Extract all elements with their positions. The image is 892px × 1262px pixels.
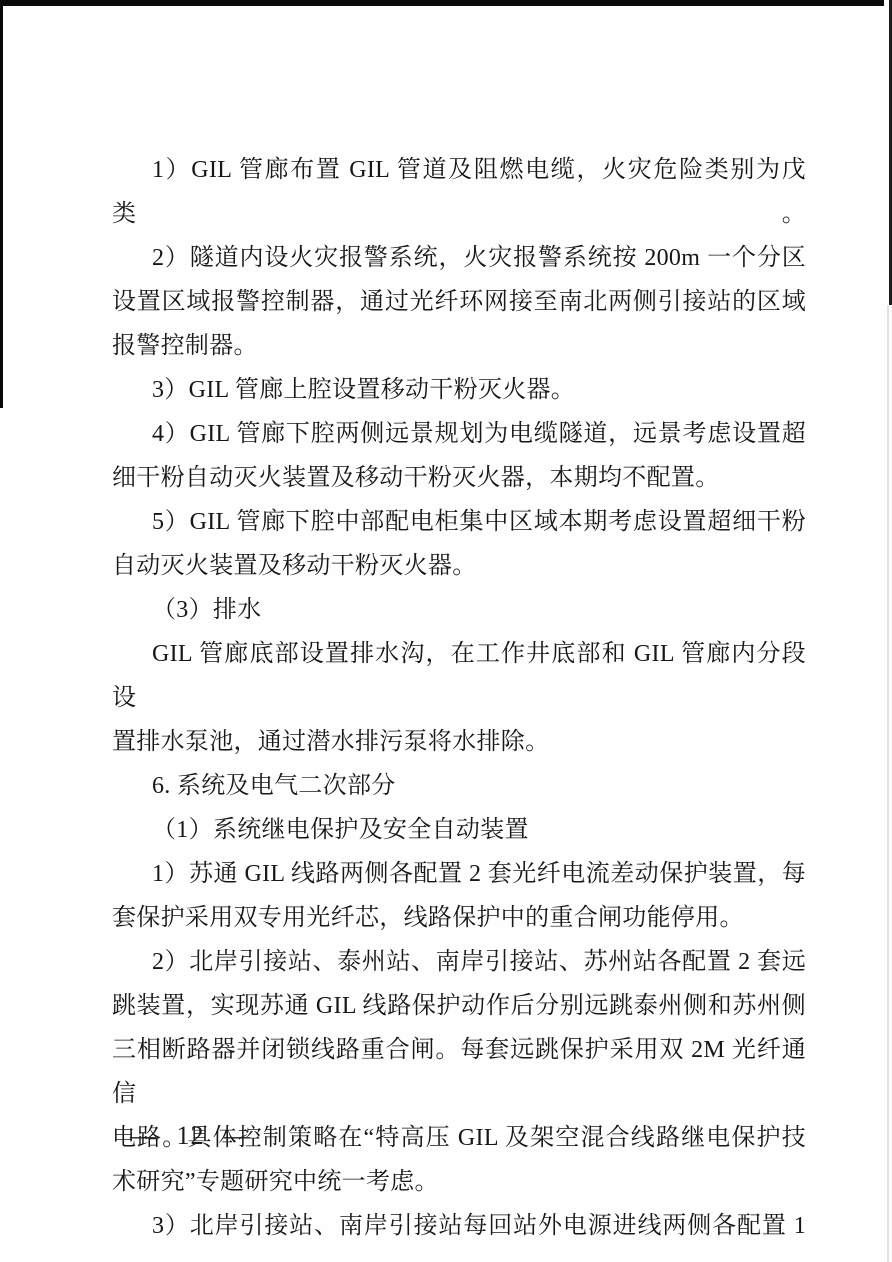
text-line: （1）系统继电保护及安全自动装置 [112,808,806,852]
text-line: （3）排水 [112,588,806,632]
text-line: GIL 管廊底部设置排水沟，在工作井底部和 GIL 管廊内分段设 [112,632,806,720]
text-line: 套保护采用双专用光纤芯，线路保护中的重合闸功能停用。 [112,896,806,940]
scan-right-edge-faint-line [887,305,889,1262]
text-line: 6. 系统及电气二次部分 [112,764,806,808]
text-line: 设置区域报警控制器，通过光纤环网接至南北两侧引接站的区域 [112,280,806,324]
text-line: 1）苏通 GIL 线路两侧各配置 2 套光纤电流差动保护装置，每 [112,852,806,896]
text-line: 1）GIL 管廊布置 GIL 管道及阻燃电缆，火灾危险类别为戊类。 [112,148,806,236]
text-line: 3）GIL 管廊上腔设置移动干粉灭火器。 [112,368,806,412]
text-line: 三相断路器并闭锁线路重合闸。每套远跳保护采用双 2M 光纤通信 [112,1028,806,1116]
scan-top-edge-line [0,0,884,6]
scanned-document-page: 1）GIL 管廊布置 GIL 管道及阻燃电缆，火灾危险类别为戊类。2）隧道内设火… [0,0,892,1262]
text-line: 跳装置，实现苏通 GIL 线路保护动作后分别远跳泰州侧和苏州侧 [112,984,806,1028]
text-line: 自动灭火装置及移动干粉灭火器。 [112,544,806,588]
text-line: 置排水泵池，通过潜水排污泵将水排除。 [112,720,806,764]
text-line: 2）北岸引接站、泰州站、南岸引接站、苏州站各配置 2 套远 [112,940,806,984]
page-number: — 12 — [130,1121,251,1150]
page-footer: — 12 — [130,1120,251,1152]
text-line: 5）GIL 管廊下腔中部配电柜集中区域本期考虑设置超细干粉 [112,500,806,544]
text-line: 4）GIL 管廊下腔两侧远景规划为电缆隧道，远景考虑设置超 [112,412,806,456]
text-line: 3）北岸引接站、南岸引接站每回站外电源进线两侧各配置 1 [112,1204,806,1248]
text-line: 术研究”专题研究中统一考虑。 [112,1160,806,1204]
text-line: 报警控制器。 [112,324,806,368]
scan-left-edge-line [0,0,3,408]
text-line: 细干粉自动灭火装置及移动干粉灭火器，本期均不配置。 [112,456,806,500]
document-body: 1）GIL 管廊布置 GIL 管道及阻燃电缆，火灾危险类别为戊类。2）隧道内设火… [112,148,806,1248]
text-line: 2）隧道内设火灾报警系统，火灾报警系统按 200m 一个分区 [112,236,806,280]
